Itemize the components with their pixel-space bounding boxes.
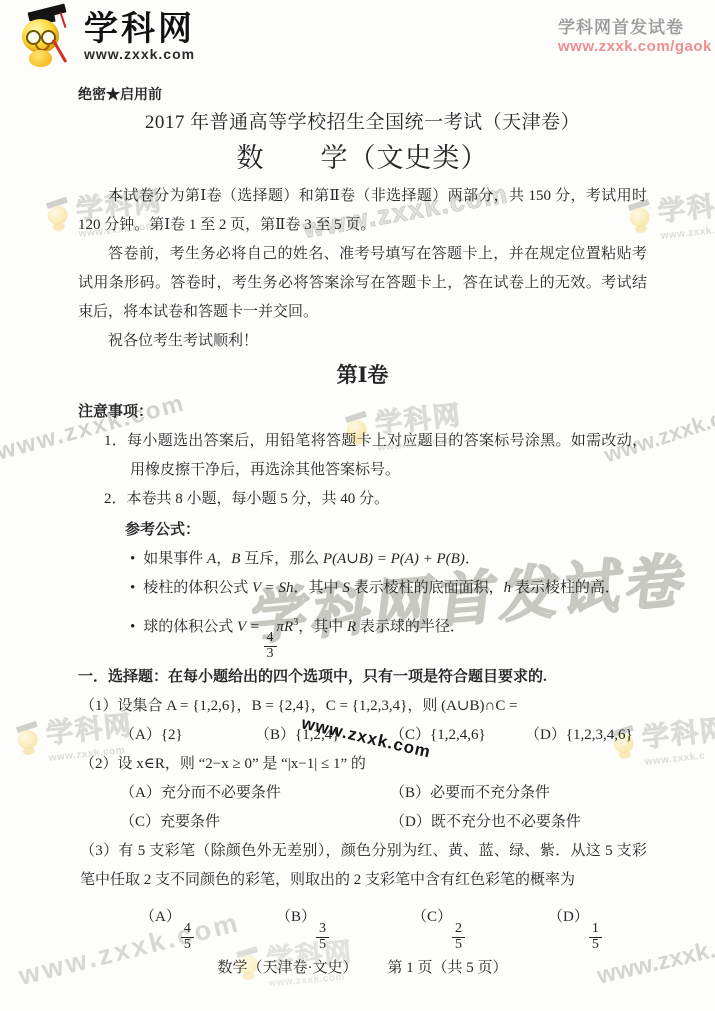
bullet-icon: • [130,551,135,567]
security-notice: 绝密★启用前 [78,86,647,106]
option-d: （D）15 [548,897,602,952]
formula-segment: 互斥，那么 [240,551,323,567]
formula-prism-volume: •棱柱的体积公式 V = Sh．其中 S 表示棱柱的底面面积，h 表示棱柱的高． [130,574,647,603]
fraction-numerator: 4 [181,922,194,937]
formula-segment: 表示棱柱的高． [511,580,620,596]
page: 学科网 www.zxxk.com www.zxxk.com 学科网 www.zx… [0,0,715,1011]
mascot-icon [12,6,80,68]
formula-segment: ． [465,551,480,567]
logo-url: www.zxxk.com [84,46,195,62]
formula-segment: πR [277,619,294,635]
logo-title: 学科网 [84,10,195,48]
subject-title: 数 学（文史类） [78,138,647,178]
fraction: 45 [181,922,194,952]
fraction-numerator: 3 [316,922,329,937]
question-2-stem: （2）设 x∈R，则 “2−x ≥ 0” 是 “|x−1| ≤ 1” 的 [80,750,647,779]
formula-segment: A [207,551,216,567]
option-b: （B）必要而不充分条件 [390,779,550,808]
option-label: （B） [276,909,316,925]
tassel-icon [60,12,67,28]
formula-segment: 棱柱的体积公式 [143,580,252,596]
option-b: （B）35 [276,897,412,952]
site-logo: 学科网 www.zxxk.com [12,6,195,68]
formula-segment: 表示棱柱的底面面积， [350,580,504,596]
intro-paragraph-2: 答卷前，考生务必将自己的姓名、准考号填写在答题卡上，并在规定位置粘贴考试用条形码… [78,240,647,327]
formula-segment: P(A∪B) = P(A) + P(B) [323,551,465,567]
formula-segment: ．其中 [294,580,343,596]
note-item-1: 1．每小题选出答案后，用铅笔将答题卡上对应题目的答案标号涂黑。如需改动，用橡皮擦… [78,427,647,485]
formula-segment: ， [216,551,231,567]
header-right-url: www.zxxk.com/gaok [558,38,712,55]
wish-line: 祝各位考生考试顺利！ [78,327,647,356]
question-3-stem: （3）有 5 支彩笔（除颜色外无差别），颜色分别为红、黄、蓝、绿、紫．从这 5 … [80,837,647,895]
fraction-numerator: 2 [452,922,465,937]
option-c: （C）25 [412,897,548,952]
part1-title: 第Ⅰ卷 [78,358,647,392]
option-a: （A）充分而不必要条件 [120,779,390,808]
fraction-numerator: 1 [589,922,602,937]
formula-segment: ，其中 [298,619,347,635]
pointer-stick-icon [52,39,68,63]
fraction: 15 [589,922,602,952]
option-a: （A）{2} [120,721,255,750]
header-right-title: 学科网首发试卷 [558,13,712,38]
exam-title: 2017 年普通高等学校招生全国统一考试（天津卷） [78,108,647,138]
page-footer: 数学（天津卷·文史）第 1 页（共 5 页） [78,955,647,981]
reference-formulas: 参考公式： •如果事件 A，B 互斥，那么 P(A∪B) = P(A) + P(… [78,516,647,661]
fraction-numerator: 4 [264,631,277,646]
footer-left: 数学（天津卷·文史） [217,960,357,976]
mascot-head [22,19,59,53]
formula-segment: 如果事件 [143,551,207,567]
option-a: （A）45 [140,897,276,952]
mascot-body [29,50,52,67]
question-1-stem: （1）设集合 A = {1,2,6}，B = {2,4}，C = {1,2,3,… [80,692,647,721]
document-content: 绝密★启用前 2017 年普通高等学校招生全国统一考试（天津卷） 数 学（文史类… [0,0,715,981]
question-2-options-row-1: （A）充分而不必要条件 （B）必要而不充分条件 [120,779,647,808]
formula-segment: V = Sh [252,580,294,596]
fraction-denominator: 3 [264,646,277,662]
intro-paragraph-1: 本试卷分为第Ⅰ卷（选择题）和第Ⅱ卷（非选择题）两部分，共 150 分，考试用时 … [78,182,647,240]
fraction-denominator: 5 [589,937,602,953]
formula-segment: 表示球的半径． [356,619,465,635]
option-label: （D） [548,909,589,925]
formula-segment: R [347,619,356,635]
formula-segment: S [342,580,350,596]
header-right: 学科网首发试卷 www.zxxk.com/gaok [558,13,712,55]
question-2-options-row-2: （C）充要条件 （D）既不充分也不必要条件 [120,808,647,837]
bullet-icon: • [130,619,135,635]
option-label: （C） [412,909,452,925]
fraction-denominator: 5 [452,937,465,953]
footer-right: 第 1 页（共 5 页） [387,960,507,976]
formula-segment: 球的体积公式 [143,619,237,635]
formulas-title: 参考公式： [125,516,647,545]
option-label: （A） [140,909,181,925]
fraction-denominator: 5 [316,937,329,953]
option-d: （D）既不充分也不必要条件 [390,808,581,837]
option-c: （C）充要条件 [120,808,390,837]
fraction: 35 [316,922,329,952]
formula-union-probability: •如果事件 A，B 互斥，那么 P(A∪B) = P(A) + P(B)． [130,545,647,574]
formula-segment: h [504,580,512,596]
question-3-options: （A）45 （B）35 （C）25 （D）15 [140,897,647,952]
formula-sphere-volume: •球的体积公式 V = 43πR3，其中 R 表示球的半径． [130,603,647,661]
formula-segment: B [231,551,240,567]
fraction: 43 [264,631,277,661]
note-item-2: 2．本卷共 8 小题，每小题 5 分，共 40 分。 [78,485,647,514]
fraction-denominator: 5 [181,937,194,953]
notes-title: 注意事项： [78,398,647,427]
option-d: （D）{1,2,3,4,6} [525,721,633,750]
section-choice-heading: 一．选择题：在每小题给出的四个选项中，只有一项是符合题目要求的. [78,663,647,692]
formula-segment: V = [237,619,264,635]
bullet-icon: • [130,580,135,596]
fraction: 25 [452,922,465,952]
